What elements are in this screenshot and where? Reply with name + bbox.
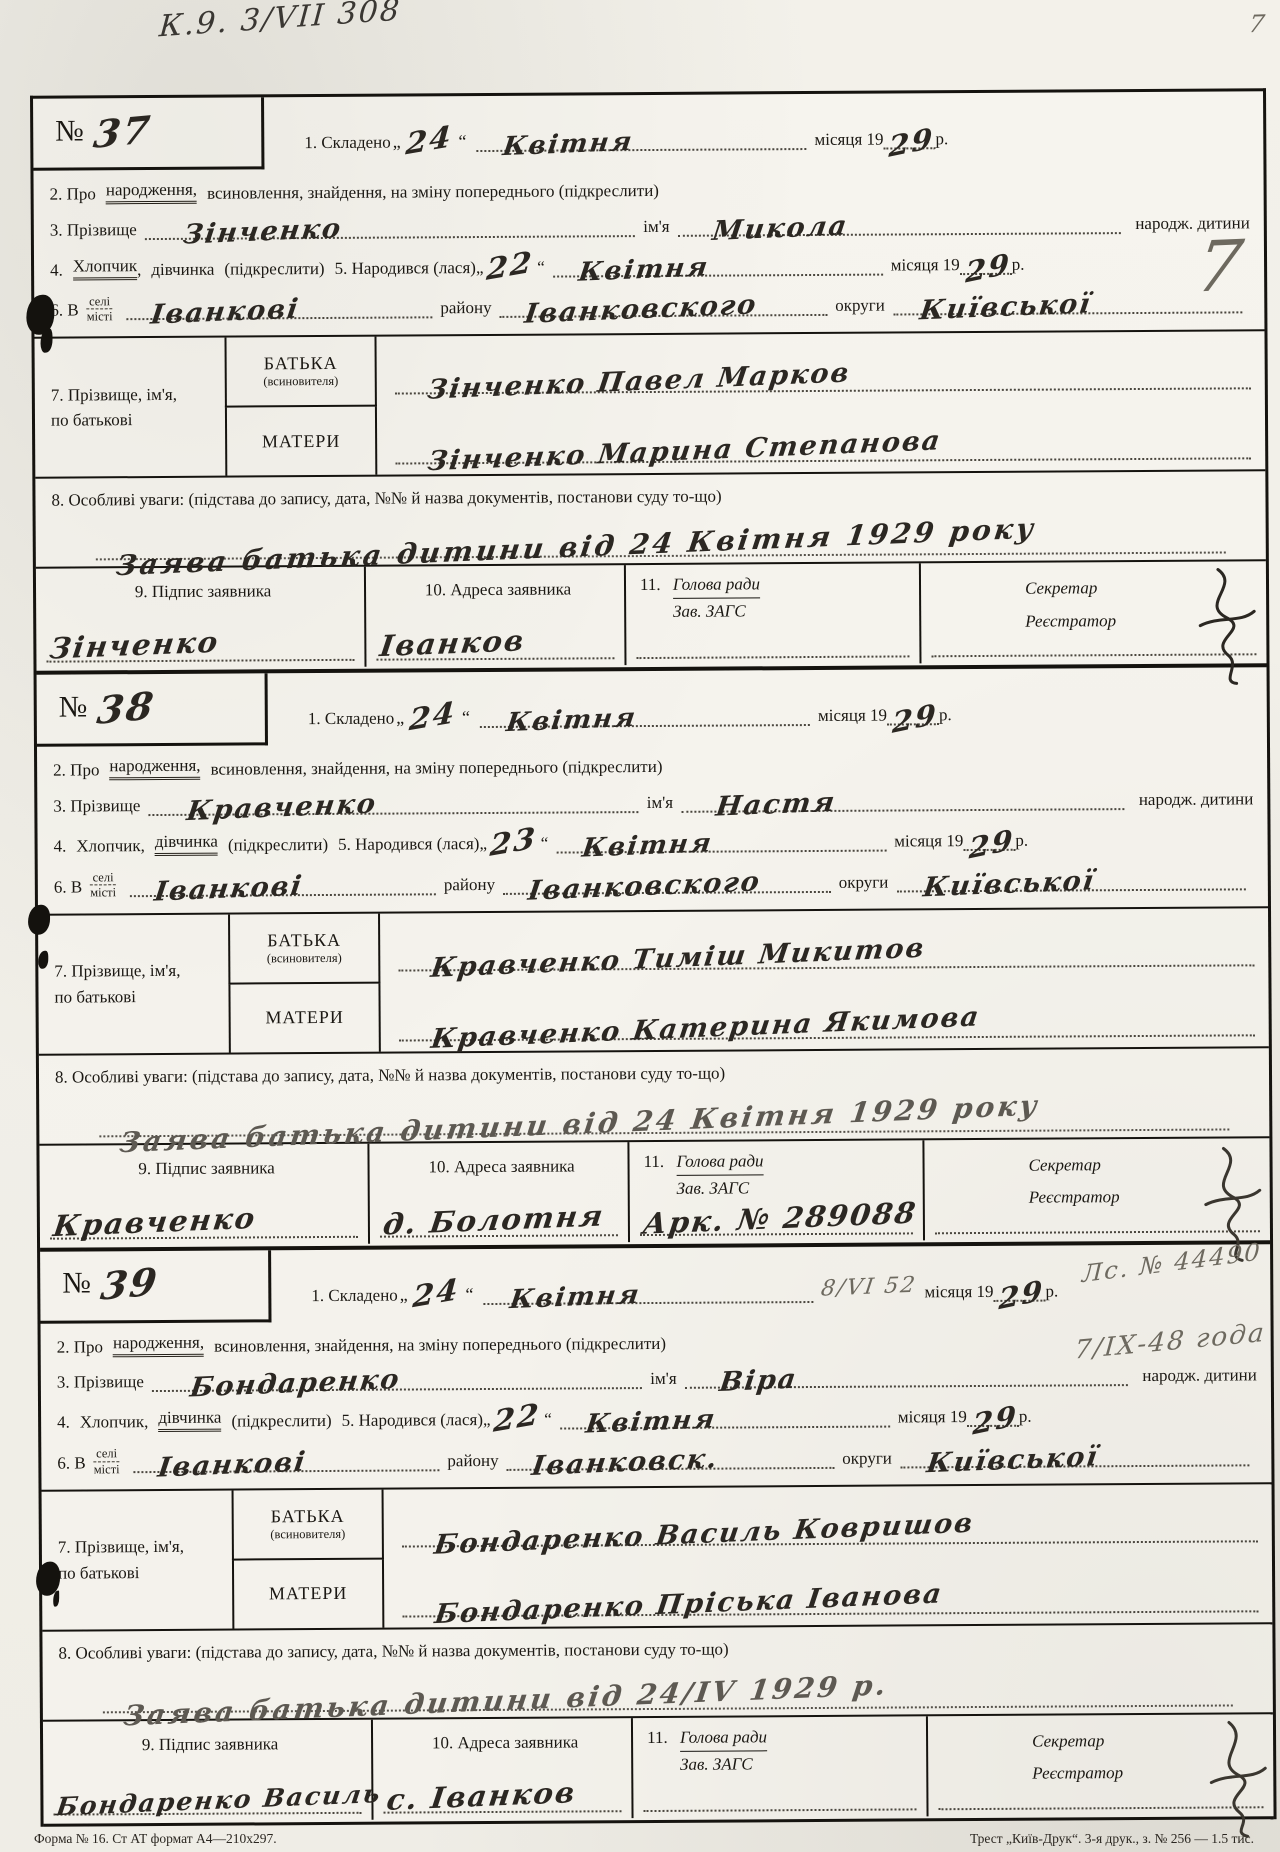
- zags-baseline: [636, 656, 909, 660]
- remarks-label: 8. Особливі уваги: (підстава до запису, …: [42, 1624, 1272, 1664]
- page-top-margin: К.9. 3/VII 308 7: [0, 0, 1280, 92]
- father-cell-label: БАТЬКА (всиновителя): [224, 337, 376, 408]
- compiled-month-handwritten: Квітня: [508, 1281, 642, 1312]
- mother-cell-label: МАТЕРИ: [225, 407, 377, 476]
- surname-label: 3. Прізвище: [53, 796, 140, 817]
- surname-label: 3. Прізвище: [50, 220, 137, 241]
- secretary-label: Секретар: [1025, 579, 1097, 598]
- remarks-label: 8. Особливі уваги: (підстава до запису, …: [35, 472, 1265, 512]
- close-quote: “: [458, 131, 466, 152]
- applicant-signature-label: 9. Підпис заявника: [53, 1153, 359, 1179]
- sex-boy-label: Хлопчик: [73, 256, 137, 280]
- record-number-handwritten: 38: [95, 686, 157, 729]
- record-number-handwritten: 37: [91, 110, 153, 153]
- compiled-day-handwritten: 24: [412, 1275, 461, 1313]
- birth-month-handwritten: Квітня: [581, 830, 715, 861]
- born-label: 5. Народився (лася): [338, 834, 479, 855]
- name-label: ім'я: [643, 216, 669, 236]
- parents-block-label: 7. Прізвище, ім'я, по батькові: [42, 1528, 232, 1592]
- line6-place: 6. В селі місті Іванкові району Іванковс…: [41, 1433, 1271, 1481]
- record-39: Лс. № 44490 7/ІХ-48 года № 39 1. Складен…: [40, 1244, 1273, 1827]
- father-label: БАТЬКА: [267, 929, 341, 950]
- town-option: місті: [87, 309, 113, 324]
- parents-label-line1: 7. Прізвище, ім'я,: [58, 1537, 184, 1557]
- line4-number: 4.: [54, 836, 67, 856]
- ink-blot: [36, 1561, 60, 1595]
- village-option: селі: [87, 294, 113, 310]
- signature-row: 9. Підпис заявника Кравченко 10. Адреса …: [39, 1136, 1270, 1246]
- zags-head-labels: Голова ради Зав. ЗАГС: [673, 575, 760, 623]
- registrar-label: Реєстратор: [1032, 1763, 1123, 1783]
- father-name-handwritten: Зінченко Павел Марков: [426, 360, 852, 404]
- birth-day-handwritten: 22: [486, 247, 535, 285]
- father-name-handwritten: Бондаренко Василь Ковришов: [433, 1510, 976, 1559]
- compiled-year-field: 29: [887, 705, 939, 726]
- village-option: селі: [90, 870, 116, 886]
- secretary-cell: Секретар Реєстратор: [921, 562, 1267, 664]
- secretary-label: Секретар: [1029, 1155, 1101, 1174]
- father-name-field: Бондаренко Василь Ковришов: [402, 1524, 1258, 1547]
- village-handwritten: Іванкові: [152, 872, 304, 905]
- record-header: № 37 1. Складено „ 24 “ Квітня місяця 19…: [33, 91, 1263, 171]
- applicant-signature-label: 9. Підпис заявника: [50, 577, 356, 603]
- applicant-signature-cell: 9. Підпис заявника Бондаренко Василь: [43, 1720, 374, 1822]
- father-name-handwritten: Кравченко Тиміш Микитов: [429, 934, 927, 981]
- comma: ,: [144, 1412, 148, 1432]
- parents-label-line1: 7. Прізвище, ім'я,: [54, 961, 180, 981]
- applicant-address-label: 10. Адреса заявника: [383, 1152, 619, 1177]
- parents-block: 7. Прізвище, ім'я, по батькові БАТЬКА (в…: [38, 906, 1269, 1056]
- okruha-field: Київської: [896, 868, 1246, 892]
- year-r-label: р.: [1012, 254, 1025, 274]
- name-field: Микола: [678, 212, 1122, 236]
- town-option: місті: [94, 1462, 120, 1477]
- compiled-year-handwritten: 29: [998, 1276, 1045, 1314]
- district-label: району: [440, 298, 491, 318]
- registrar-label: Реєстратор: [1029, 1187, 1120, 1207]
- in-label: 6. В: [50, 301, 78, 321]
- zags-manager-label: Зав. ЗАГС: [677, 1178, 750, 1197]
- mother-label: МАТЕРИ: [265, 1007, 344, 1028]
- signature-row: 9. Підпис заявника Зінченко 10. Адреса з…: [36, 560, 1267, 670]
- year-r-label: р.: [1019, 1407, 1032, 1427]
- record-header: № 38 1. Складено „ 24 “ Квітня місяця 19…: [37, 668, 1267, 748]
- name-field: Віра: [685, 1365, 1129, 1389]
- father-name-field: Зінченко Павел Марков: [395, 372, 1251, 395]
- line2-rest: всиновлення, знайдення, на зміну поперед…: [207, 181, 659, 204]
- line2-prefix: 2. Про: [57, 1337, 103, 1357]
- child-birth-label: народж. дитини: [1139, 789, 1254, 810]
- compiled-label: 1. Складено: [308, 709, 395, 730]
- scanned-registry-page: К.9. 3/VII 308 7 7 № 37 1. Складено „ 24…: [0, 0, 1280, 1852]
- mother-cell-label: МАТЕРИ: [228, 983, 380, 1052]
- open-quote: „: [393, 132, 401, 153]
- line2-rest: всиновлення, знайдення, на зміну поперед…: [214, 1334, 666, 1357]
- district-label: району: [444, 875, 495, 895]
- applicant-address-cell: 10. Адреса заявника Іванков: [366, 565, 627, 667]
- name-label: ім'я: [647, 793, 673, 813]
- compiled-date-line: 1. Складено „ 24 “ Квітня місяця 19 29 р…: [268, 668, 1267, 746]
- child-name-handwritten: Микола: [711, 212, 850, 245]
- open-quote: „: [483, 1410, 491, 1430]
- compiled-year-field: 29: [993, 1281, 1045, 1302]
- item11-number: 11.: [643, 1152, 664, 1171]
- registrar-label: Реєстратор: [1025, 611, 1116, 631]
- remarks-label: 8. Особливі уваги: (підстава до запису, …: [39, 1048, 1269, 1088]
- child-surname-handwritten: Зінченко: [182, 215, 344, 248]
- mother-label: МАТЕРИ: [269, 1583, 348, 1604]
- father-cell-label: БАТЬКА (всиновителя): [232, 1490, 384, 1561]
- mother-name-field: Зінченко Марина Степанова: [395, 442, 1251, 465]
- record-37: 7 № 37 1. Складено „ 24 “ Квітня місяця …: [33, 91, 1266, 675]
- print-footer: Форма № 16. Ст АТ формат А4—210х297. Тре…: [34, 1831, 1254, 1847]
- compiled-month-field: Квітня: [483, 1281, 813, 1305]
- remarks-field: Заява батька дитини від 24/ІV 1929 р.: [103, 1660, 1233, 1713]
- zags-manager-label: Зав. ЗАГС: [680, 1754, 753, 1773]
- child-name-handwritten: Настя: [714, 789, 838, 821]
- applicant-signature-cell: 9. Підпис заявника Кравченко: [39, 1143, 370, 1245]
- birth-month-handwritten: Квітня: [584, 1406, 718, 1437]
- open-quote: „: [479, 834, 487, 854]
- okruha-field: Київської: [893, 292, 1243, 316]
- father-name-cell: Зінченко Павел Марков: [376, 332, 1264, 407]
- okruha-label: округи: [839, 872, 889, 892]
- okruha-handwritten: Київської: [919, 291, 1095, 325]
- sex-girl-label: дівчинка: [155, 831, 218, 855]
- record-number-box: № 38: [37, 674, 268, 747]
- surname-field: Зінченко: [145, 215, 636, 240]
- month-19-label: місяця 19: [818, 706, 887, 726]
- applicant-signature-handwritten: Зінченко: [48, 628, 221, 664]
- village-town-selector: селі місті: [87, 294, 113, 324]
- compiled-month-handwritten: Квітня: [504, 705, 638, 736]
- parents-label-line2: по батькові: [58, 1563, 140, 1582]
- sex-boy-label: Хлопчик: [80, 1412, 144, 1432]
- remarks-field: Заява батька дитини від 24 Квітня 1929 р…: [96, 508, 1226, 561]
- line4-number: 4.: [50, 260, 63, 280]
- zags-head-labels: Голова ради Зав. ЗАГС: [680, 1727, 767, 1775]
- signature-row: 9. Підпис заявника Бондаренко Василь 10.…: [43, 1712, 1274, 1822]
- village-field: Іванкові: [126, 297, 432, 320]
- compiled-day-handwritten: 24: [409, 699, 458, 737]
- secretary-cell: Секретар Реєстратор: [928, 1714, 1274, 1816]
- parents-label-line2: по батькові: [54, 987, 136, 1006]
- sex-boy-label: Хлопчик: [76, 836, 140, 856]
- year-r-label: р.: [939, 705, 952, 725]
- adopter-label: (всиновителя): [270, 1527, 345, 1542]
- birth-year-handwritten: 29: [965, 249, 1012, 287]
- item11-number: 11.: [640, 575, 661, 594]
- born-label: 5. Народився (лася): [342, 1410, 483, 1431]
- year-r-label: р.: [1045, 1281, 1058, 1301]
- applicant-signature-label: 9. Підпис заявника: [57, 1730, 363, 1756]
- zags-baseline: [643, 1808, 916, 1812]
- district-field: Іванковск.: [507, 1447, 835, 1471]
- mother-label: МАТЕРИ: [262, 431, 341, 452]
- adopter-label: (всиновителя): [267, 950, 342, 965]
- close-quote: “: [465, 1284, 473, 1305]
- compiled-day-handwritten: 24: [405, 122, 454, 160]
- compiled-year-field: 29: [883, 129, 935, 150]
- compiled-month-field: Квітня: [480, 705, 810, 729]
- number-sign-label: №: [62, 1267, 91, 1301]
- record-number-handwritten: 39: [98, 1263, 160, 1306]
- line2-rest: всиновлення, знайдення, на зміну поперед…: [210, 757, 662, 780]
- birth-month-field: Квітня: [553, 254, 883, 278]
- birth-month-field: Квітня: [560, 1406, 890, 1430]
- month-19-label: місяця 19: [924, 1282, 993, 1302]
- applicant-address-cell: 10. Адреса заявника д. Болотня: [369, 1142, 630, 1244]
- father-cell-label: БАТЬКА (всиновителя): [228, 913, 380, 984]
- father-name-field: Кравченко Тиміш Микитов: [398, 948, 1254, 971]
- council-head-label: Голова ради: [680, 1727, 767, 1752]
- district-handwritten: Іванковск.: [531, 1445, 721, 1480]
- village-handwritten: Іванкові: [149, 296, 301, 329]
- district-handwritten: Іванковского: [527, 868, 763, 905]
- compiled-month-field: Квітня: [476, 128, 806, 152]
- council-head-label: Голова ради: [676, 1151, 763, 1176]
- mother-name-cell: Зінченко Марина Степанова: [377, 402, 1265, 475]
- in-label: 6. В: [57, 1453, 85, 1473]
- birth-year-field: 29: [960, 254, 1012, 275]
- father-label: БАТЬКА: [271, 1506, 345, 1527]
- okruha-field: Київської: [900, 1445, 1250, 1469]
- zags-head-cell: 11. Голова ради Зав. ЗАГС: [633, 1716, 929, 1818]
- zags-head-cell: 11. Голова ради Зав. ЗАГС Арк. № 289088: [629, 1140, 925, 1242]
- okruha-label: округи: [842, 1448, 892, 1468]
- secretary-label: Секретар: [1032, 1731, 1104, 1750]
- zags-head-cell: 11. Голова ради Зав. ЗАГС: [626, 564, 922, 666]
- number-sign-label: №: [55, 114, 84, 148]
- number-sign-label: №: [59, 690, 88, 724]
- parents-label-line1: 7. Прізвище, ім'я,: [51, 385, 177, 405]
- child-surname-handwritten: Бондаренко: [189, 1366, 403, 1402]
- child-surname-handwritten: Кравченко: [185, 790, 379, 825]
- birth-year-field: 29: [967, 1406, 1019, 1427]
- mother-name-handwritten: Кравченко Катерина Якимова: [430, 1003, 983, 1052]
- year-r-label: р.: [1015, 831, 1028, 851]
- parents-block: 7. Прізвище, ім'я, по батькові БАТЬКА (в…: [34, 330, 1265, 480]
- surname-label: 3. Прізвище: [57, 1372, 144, 1393]
- surname-field: Бондаренко: [152, 1368, 643, 1393]
- okruha-handwritten: Київської: [922, 867, 1098, 901]
- zags-head-labels: Голова ради Зав. ЗАГС: [676, 1151, 763, 1199]
- applicant-address-label: 10. Адреса заявника: [387, 1728, 623, 1753]
- okruha-label: округи: [835, 296, 885, 316]
- close-quote: “: [541, 833, 549, 853]
- mother-name-handwritten: Бондаренко Пріська Іванова: [433, 1580, 945, 1628]
- birth-year-handwritten: 29: [968, 825, 1015, 863]
- secretary-signature-scrawl: [1177, 1718, 1268, 1839]
- underline-hint-label: (підкреслити): [224, 259, 324, 280]
- month-19-label: місяця 19: [891, 255, 960, 275]
- month-19-label: місяця 19: [898, 1407, 967, 1427]
- mother-name-cell: Бондаренко Пріська Іванова: [384, 1554, 1272, 1627]
- council-head-label: Голова ради: [673, 575, 760, 600]
- parents-label-line2: по батькові: [51, 410, 133, 429]
- birth-month-handwritten: Квітня: [577, 254, 711, 285]
- applicant-address-label: 10. Адреса заявника: [380, 576, 616, 601]
- line4-number: 4.: [57, 1413, 70, 1433]
- line2-underlined-birth: народження,: [106, 180, 197, 205]
- zags-manager-label: Зав. ЗАГС: [673, 602, 746, 621]
- in-label: 6. В: [54, 877, 82, 897]
- header-later-annotation: 8/VI 52: [820, 1274, 918, 1300]
- form-sheet: 7 № 37 1. Складено „ 24 “ Квітня місяця …: [30, 88, 1277, 1826]
- compiled-year-handwritten: 29: [892, 700, 939, 738]
- mother-name-field: Кравченко Катерина Якимова: [399, 1018, 1255, 1041]
- compiled-month-handwritten: Квітня: [501, 129, 635, 160]
- village-town-selector: селі місті: [90, 870, 116, 900]
- close-quote: “: [537, 257, 545, 277]
- parents-block: 7. Прізвище, ім'я, по батькові БАТЬКА (в…: [42, 1482, 1273, 1632]
- okruha-handwritten: Київської: [926, 1443, 1102, 1477]
- record-38: № 38 1. Складено „ 24 “ Квітня місяця 19…: [37, 668, 1270, 1252]
- village-town-selector: селі місті: [94, 1446, 120, 1476]
- district-label: району: [447, 1451, 498, 1471]
- line2-event-type: 2. Про народження, всиновлення, знайденн…: [37, 740, 1267, 790]
- line6-place: 6. В селі місті Іванкові району Іванковс…: [34, 281, 1264, 329]
- village-option: селі: [94, 1446, 120, 1462]
- applicant-signature-handwritten: Кравченко: [51, 1203, 258, 1240]
- village-handwritten: Іванкові: [156, 1448, 308, 1481]
- applicant-address-handwritten: с. Іванков: [385, 1778, 578, 1815]
- born-label: 5. Народився (лася): [335, 258, 476, 279]
- father-name-cell: Бондаренко Василь Ковришов: [384, 1484, 1272, 1559]
- mother-name-field: Бондаренко Пріська Іванова: [402, 1594, 1258, 1617]
- month-19-label: місяця 19: [814, 130, 883, 150]
- record-number-box: № 39: [40, 1250, 271, 1323]
- line2-prefix: 2. Про: [53, 761, 99, 781]
- top-handwritten-annotation: К.9. 3/VII 308: [158, 0, 402, 42]
- open-quote: „: [396, 708, 404, 729]
- father-name-cell: Кравченко Тиміш Микитов: [380, 908, 1268, 983]
- birth-year-handwritten: 29: [972, 1402, 1019, 1440]
- applicant-address-cell: 10. Адреса заявника с. Іванков: [373, 1718, 634, 1820]
- comma: ,: [141, 836, 145, 856]
- compiled-year-handwritten: 29: [888, 124, 935, 162]
- village-field: Іванкові: [134, 1450, 440, 1473]
- secretary-cell: Секретар Реєстратор: [924, 1138, 1270, 1240]
- sex-girl-label: дівчинка: [158, 1408, 221, 1432]
- mother-cell-label: МАТЕРИ: [232, 1560, 384, 1629]
- district-field: Іванковского: [500, 295, 828, 319]
- comma: ,: [137, 260, 141, 280]
- parents-block-label: 7. Прізвище, ім'я, по батькові: [38, 952, 228, 1016]
- compiled-label: 1. Складено: [311, 1285, 398, 1306]
- item11-number: 11.: [647, 1728, 668, 1747]
- line6-place: 6. В селі місті Іванкові району Іванковс…: [38, 857, 1268, 905]
- line2-underlined-birth: народження,: [109, 756, 200, 781]
- district-handwritten: Іванковского: [523, 292, 759, 329]
- sex-girl-label: дівчинка: [151, 259, 214, 279]
- underline-hint-label: (підкреслити): [231, 1411, 331, 1432]
- compiled-date-line: 1. Складено „ 24 “ Квітня місяця 19 29 р…: [264, 91, 1263, 169]
- district-field: Іванковского: [503, 871, 831, 895]
- close-quote: “: [462, 707, 470, 728]
- name-label: ім'я: [650, 1369, 676, 1389]
- birth-month-field: Квітня: [556, 830, 886, 854]
- town-option: місті: [90, 885, 116, 900]
- applicant-address-handwritten: д. Болотня: [381, 1201, 606, 1239]
- close-quote: “: [544, 1410, 552, 1430]
- underline-hint-label: (підкреслити): [228, 835, 328, 856]
- child-birth-label: народж. дитини: [1142, 1365, 1257, 1386]
- open-quote: „: [400, 1284, 408, 1305]
- footer-form-info: Форма № 16. Ст АТ формат А4—210х297.: [34, 1831, 277, 1847]
- father-label: БАТЬКА: [264, 353, 338, 374]
- surname-field: Кравченко: [148, 791, 639, 816]
- name-field: Настя: [681, 788, 1125, 812]
- village-field: Іванкові: [130, 873, 436, 896]
- child-name-handwritten: Віра: [718, 1366, 800, 1396]
- parents-block-label: 7. Прізвище, ім'я, по батькові: [35, 375, 225, 439]
- applicant-address-handwritten: Іванков: [378, 627, 527, 662]
- remarks-field: Заява батька дитини від 24 Квітня 1929 р…: [99, 1084, 1229, 1137]
- mother-name-handwritten: Зінченко Марина Степанова: [426, 428, 943, 476]
- corner-page-number: 7: [1247, 12, 1268, 37]
- birth-year-field: 29: [963, 830, 1015, 851]
- open-quote: „: [476, 258, 484, 278]
- adopter-label: (всиновителя): [263, 374, 338, 389]
- mother-name-cell: Кравченко Катерина Якимова: [380, 978, 1268, 1051]
- birth-day-handwritten: 23: [489, 824, 538, 862]
- record-number-box: № 37: [33, 97, 264, 170]
- line2-event-type: 2. Про народження, всиновлення, знайденн…: [33, 163, 1263, 213]
- birth-day-handwritten: 22: [493, 1400, 542, 1438]
- compiled-label: 1. Складено: [304, 133, 391, 154]
- applicant-signature-cell: 9. Підпис заявника Зінченко: [36, 567, 367, 669]
- month-19-label: місяця 19: [894, 831, 963, 851]
- year-r-label: р.: [935, 129, 948, 149]
- line2-prefix: 2. Про: [50, 184, 96, 204]
- line2-underlined-birth: народження,: [113, 1332, 204, 1357]
